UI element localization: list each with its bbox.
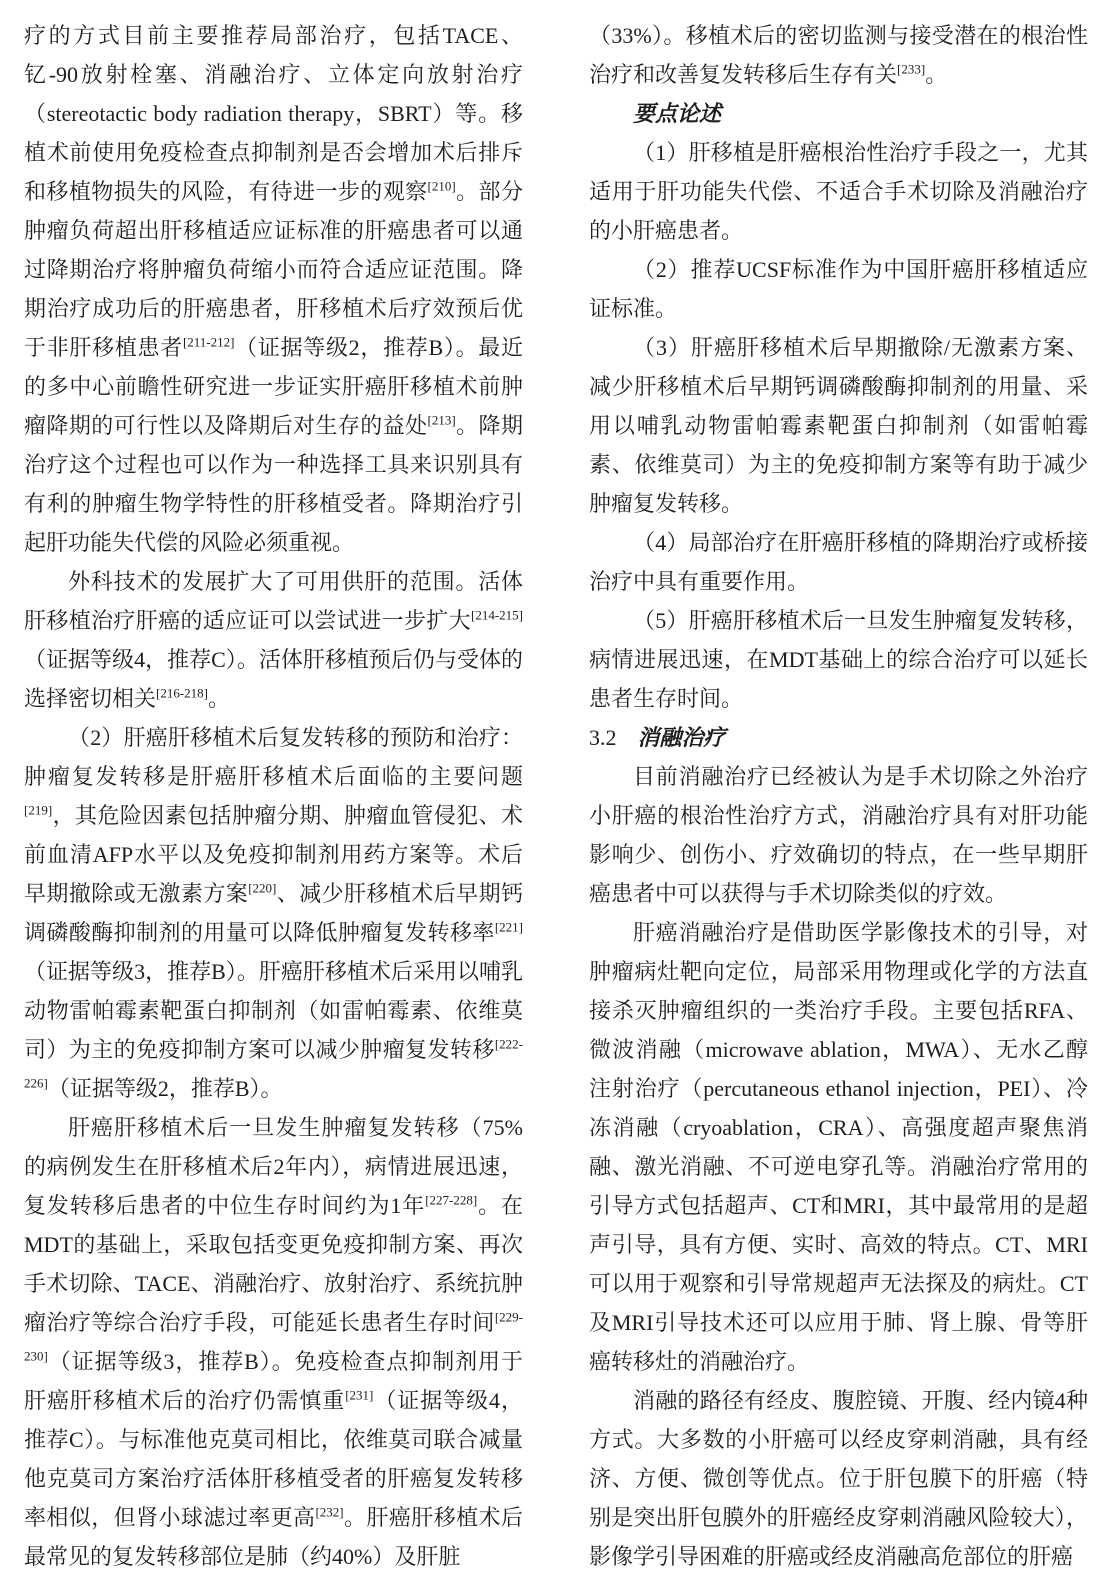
key-point-3: （3）肝癌肝移植术后早期撤除/无激素方案、减少肝移植术后早期钙调磷酸酶抑制剂的用… — [589, 328, 1088, 523]
text-run: （证据等级4，推荐C）。活体肝移植预后仍与受体的选择密切相关 — [24, 647, 523, 711]
text-run: （2）推荐UCSF标准作为中国肝癌肝移植适应证标准。 — [589, 257, 1088, 321]
key-point-4: （4）局部治疗在肝癌肝移植的降期治疗或桥接治疗中具有重要作用。 — [589, 523, 1088, 601]
citation-ref: [231] — [345, 1388, 373, 1403]
para-transplant-local-therapy: 疗的方式目前主要推荐局部治疗，包括TACE、钇-90放射栓塞、消融治疗、立体定向… — [24, 16, 523, 562]
text-run: （4）局部治疗在肝癌肝移植的降期治疗或桥接治疗中具有重要作用。 — [589, 530, 1088, 594]
document-page: 疗的方式目前主要推荐局部治疗，包括TACE、钇-90放射栓塞、消融治疗、立体定向… — [0, 0, 1116, 1582]
citation-ref: [233] — [897, 62, 925, 77]
citation-ref: [211-212] — [183, 335, 235, 350]
text-run: 目前消融治疗已经被认为是手术切除之外治疗小肝癌的根治性治疗方式，消融治疗具有对肝… — [589, 764, 1088, 906]
heading-text: 消融治疗 — [637, 725, 725, 750]
heading-text: 要点论述 — [633, 101, 721, 126]
key-point-1: （1）肝移植是肝癌根治性治疗手段之一，尤其适用于肝功能失代偿、不适合手术切除及消… — [589, 133, 1088, 250]
citation-ref: [214-215] — [471, 608, 523, 623]
text-run: （2）肝癌肝移植术后复发转移的预防和治疗：肿瘤复发转移是肝癌肝移植术后面临的主要… — [24, 725, 523, 789]
citation-ref: [232] — [315, 1505, 343, 1520]
para-recurrence-sites-continued: （33%）。移植术后的密切监测与接受潜在的根治性治疗和改善复发转移后生存有关[2… — [589, 16, 1088, 94]
para-ablation-methods: 肝癌消融治疗是借助医学影像技术的引导，对肿瘤病灶靶向定位，局部采用物理或化学的方… — [589, 913, 1088, 1381]
para-recurrence-management: 肝癌肝移植术后一旦发生肿瘤复发转移（75%的病例发生在肝移植术后2年内），病情进… — [24, 1108, 523, 1576]
text-run: 。 — [925, 62, 947, 87]
section-number: 3.2 — [589, 725, 617, 750]
text-run: （3）肝癌肝移植术后早期撤除/无激素方案、减少肝移植术后早期钙调磷酸酶抑制剂的用… — [589, 335, 1088, 516]
text-run: 消融的路径有经皮、腹腔镜、开腹、经内镜4种方式。大多数的小肝癌可以经皮穿刺消融，… — [589, 1388, 1088, 1569]
para-ablation-routes: 消融的路径有经皮、腹腔镜、开腹、经内镜4种方式。大多数的小肝癌可以经皮穿刺消融，… — [589, 1381, 1088, 1576]
text-run: （33%）。移植术后的密切监测与接受潜在的根治性治疗和改善复发转移后生存有关 — [589, 23, 1088, 87]
key-point-2: （2）推荐UCSF标准作为中国肝癌肝移植适应证标准。 — [589, 250, 1088, 328]
text-run: （证据等级3，推荐B）。肝癌肝移植术后采用以哺乳动物雷帕霉素靶蛋白抑制剂（如雷帕… — [24, 959, 523, 1062]
text-run: 肝癌消融治疗是借助医学影像技术的引导，对肿瘤病灶靶向定位，局部采用物理或化学的方… — [589, 920, 1088, 1374]
text-run: （5）肝癌肝移植术后一旦发生肿瘤复发转移，病情进展迅速，在MDT基础上的综合治疗… — [589, 608, 1088, 711]
key-point-5: （5）肝癌肝移植术后一旦发生肿瘤复发转移，病情进展迅速，在MDT基础上的综合治疗… — [589, 601, 1088, 718]
section-heading-3-2: 3.2消融治疗 — [589, 718, 1088, 757]
citation-ref: [220] — [248, 881, 276, 896]
text-run: 。 — [208, 686, 230, 711]
text-run: 外科技术的发展扩大了可用供肝的范围。活体肝移植治疗肝癌的适应证可以尝试进一步扩大 — [24, 569, 523, 633]
text-run: 。部分肿瘤负荷超出肝移植适应证标准的肝癌患者可以通过降期治疗将肿瘤负荷缩小而符合… — [24, 179, 523, 360]
text-run: （证据等级2，推荐B）。 — [48, 1076, 283, 1101]
column-right: （33%）。移植术后的密切监测与接受潜在的根治性治疗和改善复发转移后生存有关[2… — [589, 16, 1088, 1582]
para-ablation-intro: 目前消融治疗已经被认为是手术切除之外治疗小肝癌的根治性治疗方式，消融治疗具有对肝… — [589, 757, 1088, 913]
text-run: 疗的方式目前主要推荐局部治疗，包括TACE、钇-90放射栓塞、消融治疗、立体定向… — [24, 23, 523, 204]
citation-ref: [216-218] — [156, 686, 208, 701]
citation-ref: [221] — [495, 920, 523, 935]
citation-ref: [210] — [428, 179, 456, 194]
citation-ref: [213] — [428, 413, 456, 428]
key-points-heading: 要点论述 — [589, 94, 1088, 133]
para-recurrence-prevention: （2）肝癌肝移植术后复发转移的预防和治疗：肿瘤复发转移是肝癌肝移植术后面临的主要… — [24, 718, 523, 1108]
citation-ref: [219] — [24, 803, 52, 818]
citation-ref: [227-228] — [425, 1193, 477, 1208]
column-left: 疗的方式目前主要推荐局部治疗，包括TACE、钇-90放射栓塞、消融治疗、立体定向… — [24, 16, 523, 1582]
text-run: （1）肝移植是肝癌根治性治疗手段之一，尤其适用于肝功能失代偿、不适合手术切除及消… — [589, 140, 1088, 243]
para-surgical-advances: 外科技术的发展扩大了可用供肝的范围。活体肝移植治疗肝癌的适应证可以尝试进一步扩大… — [24, 562, 523, 718]
